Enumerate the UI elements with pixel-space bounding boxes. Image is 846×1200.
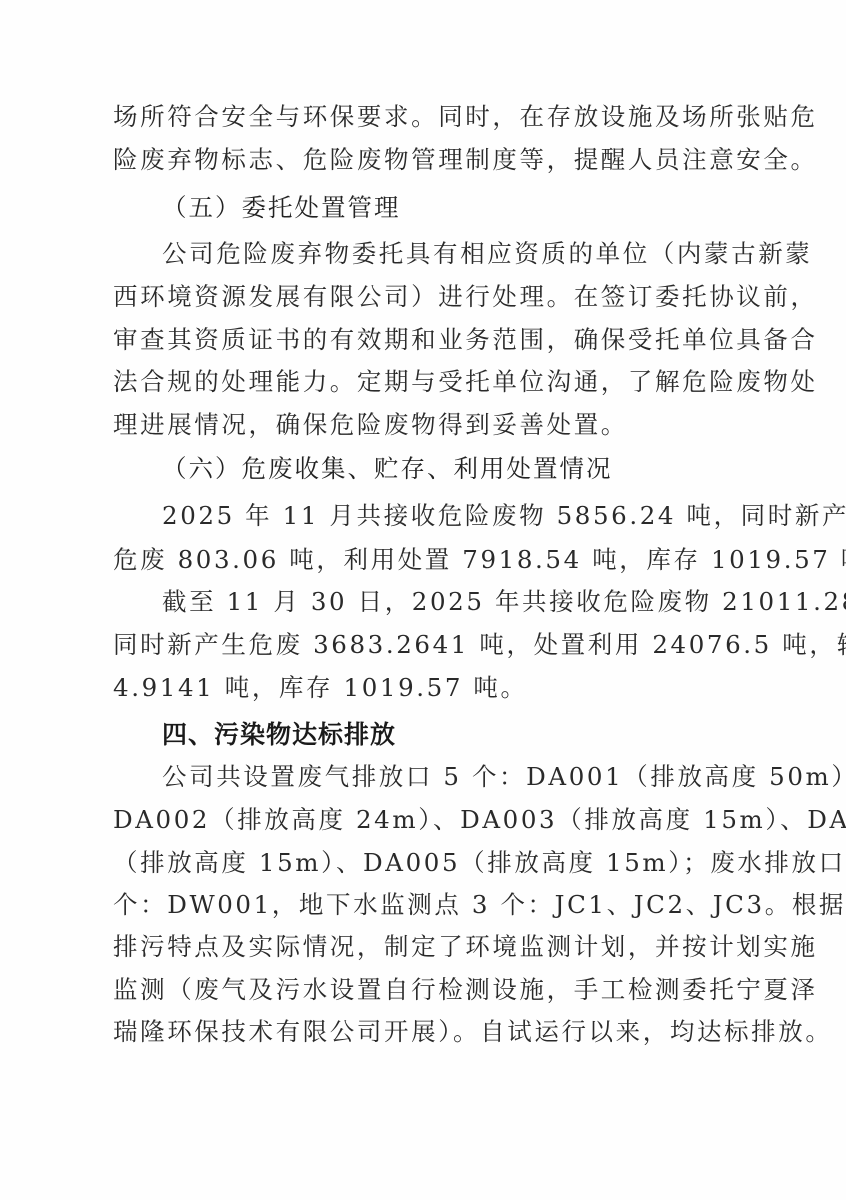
body-text-line: 法合规的处理能力。定期与受托单位沟通，了解危险废物处 xyxy=(113,367,733,397)
body-text-line: DA002（排放高度 24m）、DA003（排放高度 15m）、DA004 xyxy=(113,805,733,835)
document-page: 场所符合安全与环保要求。同时，在存放设施及场所张贴危 险废弃物标志、危险废物管理… xyxy=(0,0,846,1200)
body-text-line: 危废 803.06 吨，利用处置 7918.54 吨，库存 1019.57 吨。 xyxy=(113,545,733,575)
body-text-line: 个：DW001，地下水监测点 3 个：JC1、JC2、JC3。根据项目 xyxy=(113,890,733,920)
body-text-line: 同时新产生危废 3683.2641 吨，处置利用 24076.5 吨，转移 xyxy=(113,630,733,660)
body-text-line: 瑞隆环保技术有限公司开展）。自试运行以来，均达标排放。 xyxy=(113,1017,733,1047)
chapter-heading-4: 四、污染物达标排放 xyxy=(162,720,396,750)
body-text-line: 监测（废气及污水设置自行检测设施，手工检测委托宁夏泽 xyxy=(113,975,733,1005)
body-text-line: 公司危险废弃物委托具有相应资质的单位（内蒙古新蒙 xyxy=(162,239,733,269)
body-text-line: 险废弃物标志、危险废物管理制度等，提醒人员注意安全。 xyxy=(113,145,733,175)
body-text-line: 2025 年 11 月共接收危险废物 5856.24 吨，同时新产生 xyxy=(162,501,733,531)
body-text-line: 公司共设置废气排放口 5 个：DA001（排放高度 50m）、 xyxy=(162,762,733,792)
body-text-line: 西环境资源发展有限公司）进行处理。在签订委托协议前， xyxy=(113,282,733,312)
body-text-line: 4.9141 吨，库存 1019.57 吨。 xyxy=(113,673,733,703)
body-text-line: 场所符合安全与环保要求。同时，在存放设施及场所张贴危 xyxy=(113,102,733,132)
body-text-line: 排污特点及实际情况，制定了环境监测计划，并按计划实施 xyxy=(113,932,733,962)
section-heading-5: （五）委托处置管理 xyxy=(162,193,401,223)
body-text-line: 审查其资质证书的有效期和业务范围，确保受托单位具备合 xyxy=(113,325,733,355)
body-text-line: （排放高度 15m）、DA005（排放高度 15m）；废水排放口 1 xyxy=(113,848,733,878)
body-text-line: 截至 11 月 30 日，2025 年共接收危险废物 21011.28 吨， xyxy=(162,587,733,617)
body-text-line: 理进展情况，确保危险废物得到妥善处置。 xyxy=(113,410,733,440)
section-heading-6: （六）危废收集、贮存、利用处置情况 xyxy=(162,454,613,484)
